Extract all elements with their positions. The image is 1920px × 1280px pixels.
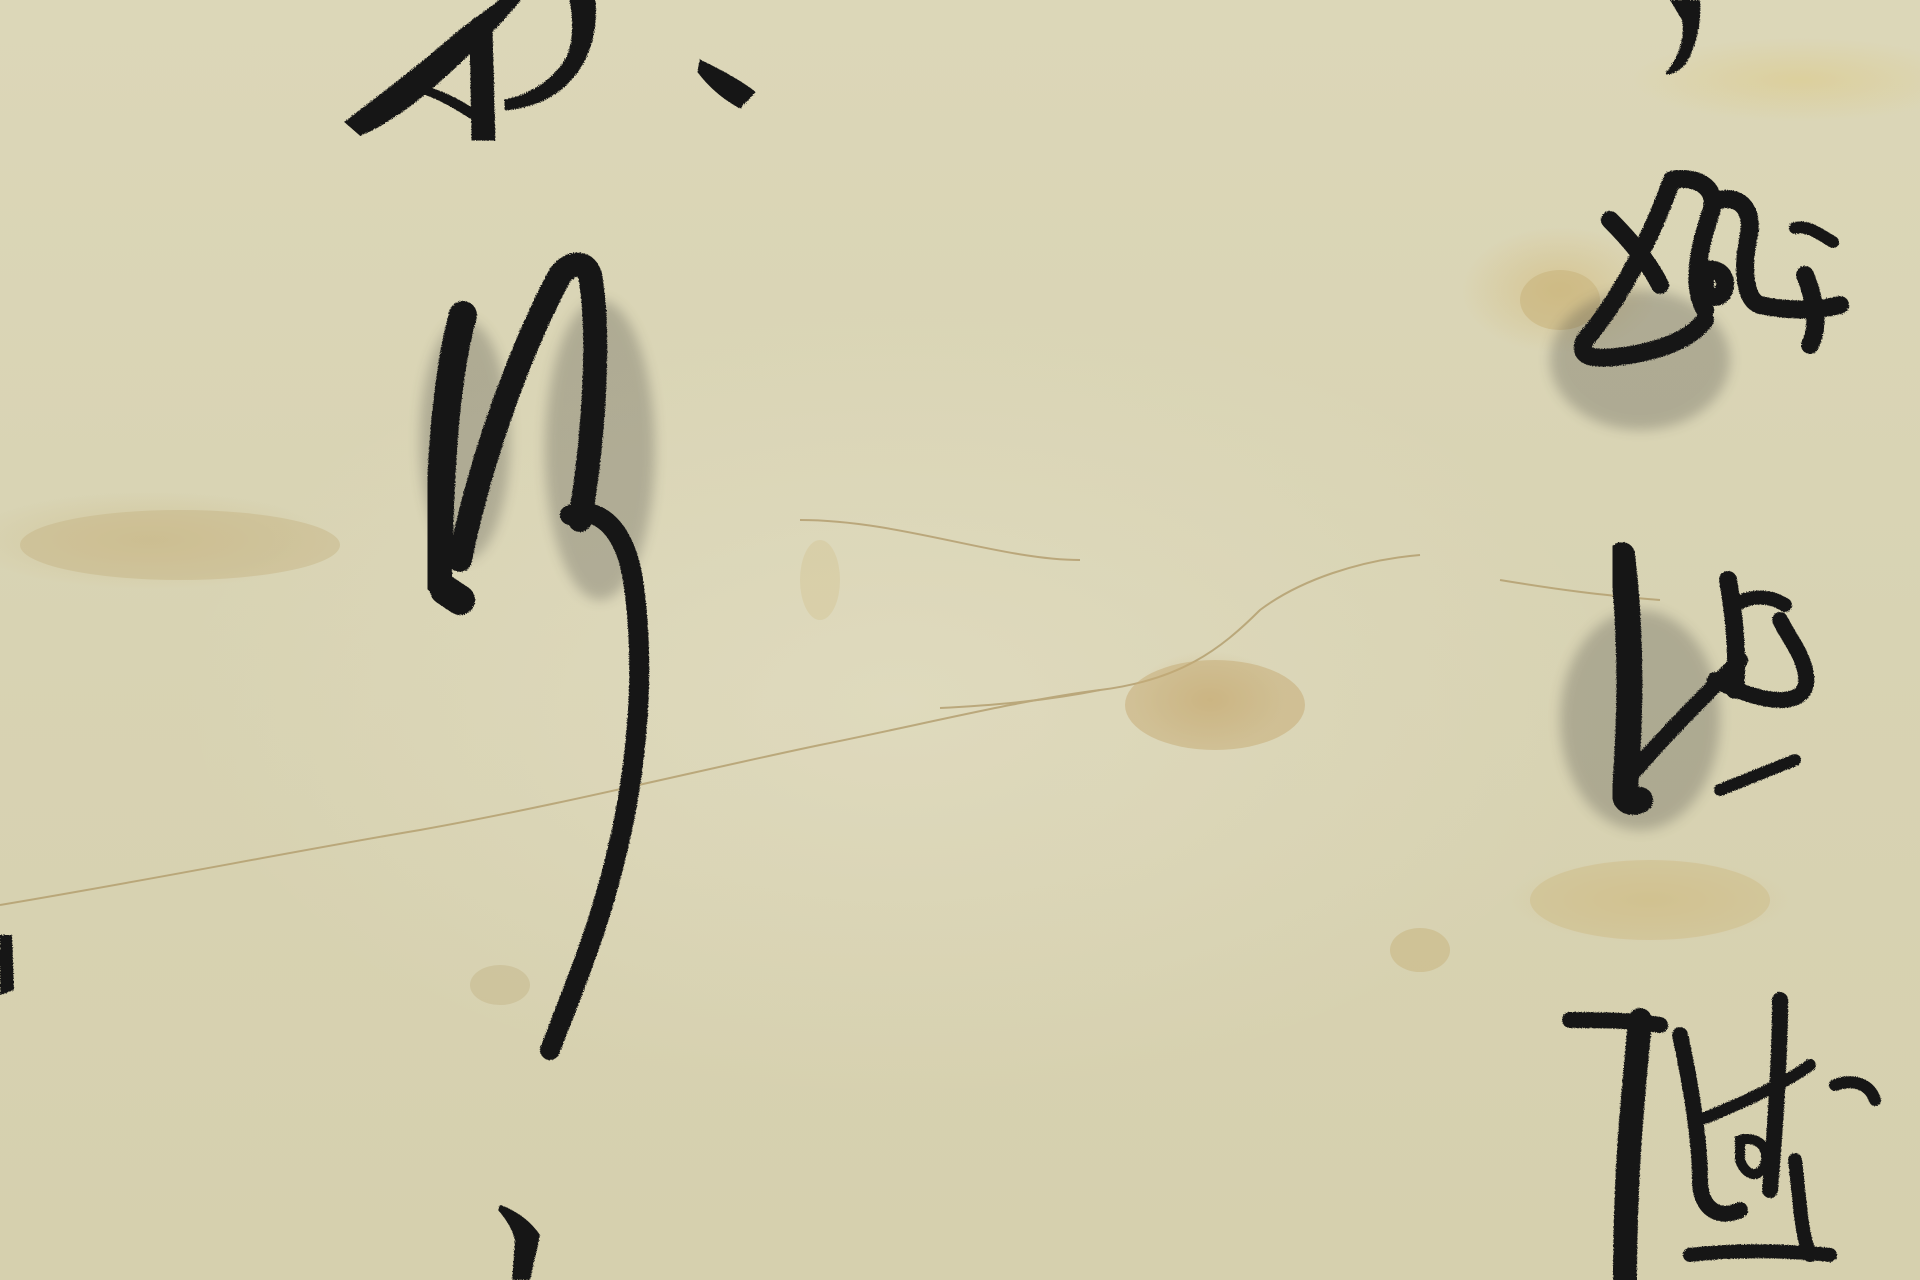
paper-scroll <box>0 0 1920 1280</box>
right-character-fragment-top <box>1666 0 1701 75</box>
left-character-fragment <box>0 935 540 1280</box>
left-character-top <box>345 0 755 140</box>
calligraphy-canvas <box>0 0 1920 1280</box>
paper-stains <box>20 270 1770 1005</box>
right-character-3 <box>1570 1000 1875 1280</box>
